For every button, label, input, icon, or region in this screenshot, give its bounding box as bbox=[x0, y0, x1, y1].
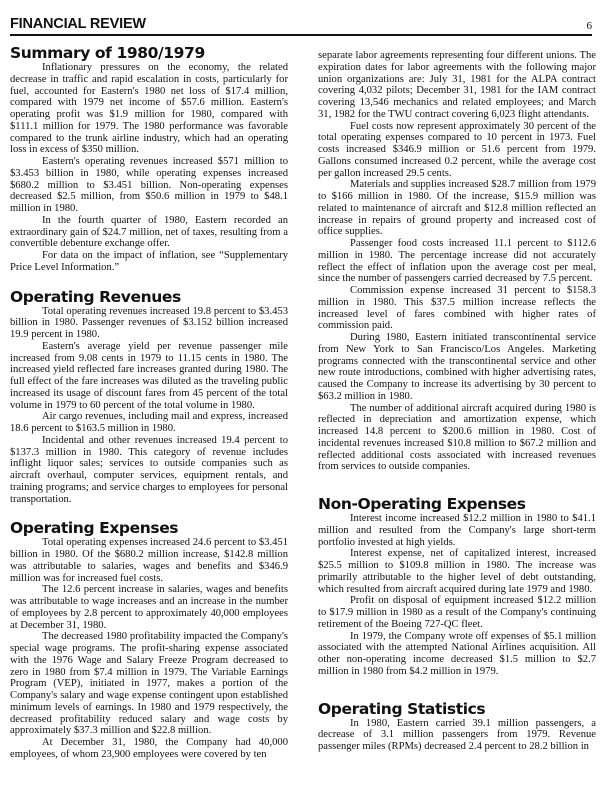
paragraph: Passenger food costs increased 11.1 perc… bbox=[318, 238, 596, 285]
section-heading: Operating Statistics bbox=[318, 700, 596, 718]
section-summary: Summary of 1980/1979 Inflationary pressu… bbox=[10, 44, 288, 274]
paragraph: During 1980, Eastern initiated transcont… bbox=[318, 332, 596, 403]
section-heading: Operating Expenses bbox=[10, 519, 288, 537]
paragraph: At December 31, 1980, the Company had 40… bbox=[10, 737, 288, 761]
page-number: 6 bbox=[587, 20, 593, 32]
section-heading: Summary of 1980/1979 bbox=[10, 44, 288, 62]
paragraph: Fuel costs now represent approximately 3… bbox=[318, 121, 596, 180]
paragraph: Interest income increased $12.2 million … bbox=[318, 513, 596, 548]
paragraph: In 1980, Eastern carried 39.1 million pa… bbox=[318, 718, 596, 753]
paragraph: The number of additional aircraft acquir… bbox=[318, 403, 596, 474]
paragraph: Materials and supplies increased $28.7 m… bbox=[318, 179, 596, 238]
page-header: FINANCIAL REVIEW 6 bbox=[10, 14, 592, 36]
paragraph: For data on the impact of inflation, see… bbox=[10, 250, 288, 274]
left-column: Summary of 1980/1979 Inflationary pressu… bbox=[10, 44, 288, 775]
paragraph: In the fourth quarter of 1980, Eastern r… bbox=[10, 215, 288, 250]
paragraph: separate labor agreements representing f… bbox=[318, 50, 596, 121]
paragraph: Incidental and other revenues increased … bbox=[10, 435, 288, 506]
paragraph: Interest expense, net of capitalized int… bbox=[318, 548, 596, 595]
section-operating-expenses: Operating Expenses Total operating expen… bbox=[10, 519, 288, 760]
paragraph: In 1979, the Company wrote off expenses … bbox=[318, 631, 596, 678]
paragraph: The decreased 1980 profitability impacte… bbox=[10, 631, 288, 737]
right-column: separate labor agreements representing f… bbox=[318, 50, 596, 767]
section-non-operating-expenses: Non-Operating Expenses Interest income i… bbox=[318, 495, 596, 678]
paragraph: Total operating revenues increased 19.8 … bbox=[10, 306, 288, 341]
paragraph: Eastern's average yield per revenue pass… bbox=[10, 341, 288, 412]
continued-expenses-text: separate labor agreements representing f… bbox=[318, 50, 596, 473]
paragraph: Total operating expenses increased 24.6 … bbox=[10, 537, 288, 584]
paragraph: The 12.6 percent increase in salaries, w… bbox=[10, 584, 288, 631]
paragraph: Profit on disposal of equipment increase… bbox=[318, 595, 596, 630]
paragraph: Inflationary pressures on the economy, t… bbox=[10, 62, 288, 156]
section-heading: Non-Operating Expenses bbox=[318, 495, 596, 513]
paragraph: Eastern's operating revenues increased $… bbox=[10, 156, 288, 215]
section-heading: Operating Revenues bbox=[10, 288, 288, 306]
header-title: FINANCIAL REVIEW bbox=[10, 16, 146, 32]
paragraph: Commission expense increased 31 percent … bbox=[318, 285, 596, 332]
section-operating-statistics: Operating Statistics In 1980, Eastern ca… bbox=[318, 700, 596, 753]
section-operating-revenues: Operating Revenues Total operating reven… bbox=[10, 288, 288, 506]
paragraph: Air cargo revenues, including mail and e… bbox=[10, 411, 288, 435]
